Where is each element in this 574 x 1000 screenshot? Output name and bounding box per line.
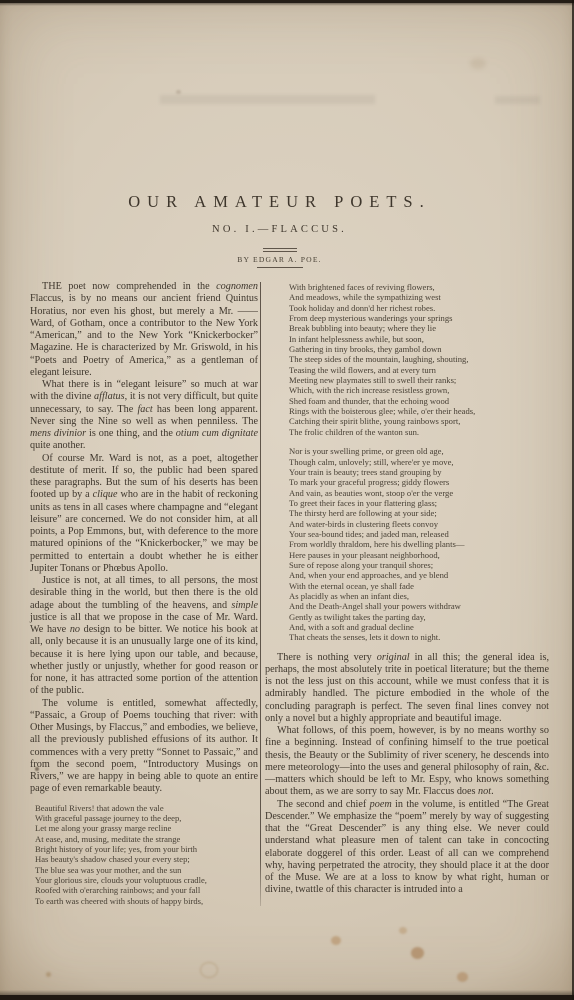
poem-line: At ease, and, musing, meditate the stran… [35, 834, 258, 844]
poem-line: And, with a soft and gradual decline [289, 622, 549, 632]
poem-line: And vain, as beauties wont, stoop o'er t… [289, 488, 549, 498]
paragraph: Justice is not, at all times, to all per… [30, 575, 258, 698]
poem-line: And meadows, while the sympathizing west [289, 292, 549, 302]
paragraph: The second and chief poem in the volume,… [265, 799, 549, 897]
poem-line: Gathering in tiny brooks, they gambol do… [289, 344, 549, 354]
paragraph: Of course Mr. Ward is not, as a poet, al… [30, 453, 258, 576]
byline-rule-top [263, 248, 297, 252]
foxing-stain [411, 947, 424, 959]
poem-line: Gently as twilight takes the parting day… [289, 612, 549, 622]
poem-line: And, when your end approaches, and ye bl… [289, 570, 549, 580]
byline-rule-bottom [257, 267, 303, 268]
poem-line: To mark your graceful progress; giddy fl… [289, 477, 549, 487]
poem-line: Meeting new playmates still to swell the… [289, 375, 549, 385]
poem-line: Break bubbling into beauty; where they l… [289, 323, 549, 333]
ink-showthrough [495, 96, 540, 104]
poem-line: The thirsty herd are following at your s… [289, 508, 549, 518]
poem-line: Your glorious sire, clouds your voluptuo… [35, 875, 258, 885]
poem-line: In infant helplessness awhile, but soon, [289, 334, 549, 344]
poem-line: As placidly as when an infant dies, [289, 591, 549, 601]
poem-line: Sure of repose along your tranquil shore… [289, 560, 549, 570]
poem-line: With graceful passage journey to the dee… [35, 813, 258, 823]
poem-line: Rings with the boisterous glee; while, o… [289, 406, 549, 416]
byline-block: BY EDGAR A. POE. [20, 248, 539, 268]
ink-speck [176, 90, 181, 94]
scan-edge-bottom [0, 995, 574, 1000]
poem-line: Has beauty's shadow chased your every st… [35, 854, 258, 864]
poem-line: The steep sides of the mountain, laughin… [289, 354, 549, 364]
poem-line: To greet their faces in your flattering … [289, 498, 549, 508]
foxing-stain-ring [200, 962, 218, 978]
poem-line: That cheats the senses, lets it down to … [289, 632, 549, 642]
poem-line: Roofed with o'erarching rainbows; and yo… [35, 885, 258, 895]
column-divider-rule [260, 282, 261, 906]
poem-line: From worldly thraldom, here his dwelling… [289, 539, 549, 549]
foxing-stain [399, 927, 407, 934]
foxing-stain [46, 972, 51, 977]
poem-line: Nor is your swelling prime, or green old… [289, 446, 549, 456]
poem-line: Your train is beauty; trees stand groupi… [289, 467, 549, 477]
scan-edge-bottom-shadow [0, 990, 574, 995]
foxing-stain [331, 936, 341, 945]
paragraph: What there is in “elegant leisure” so mu… [30, 379, 258, 453]
poem-line: Catching their spirit blithe, young rain… [289, 416, 549, 426]
two-column-text-block: THE poet now comprehended in the cognome… [30, 281, 549, 906]
foxing-stain [470, 58, 486, 69]
poem-line: And water-birds in clustering fleets con… [289, 519, 549, 529]
right-column-paragraphs: There is nothing very original in all th… [265, 652, 549, 897]
poem-line: With the eternal ocean, ye shall fade [289, 581, 549, 591]
poem-line: Beautiful Rivers! that adown the vale [35, 803, 258, 813]
paragraph: The volume is entitled, somewhat affecte… [30, 698, 258, 796]
poem-line: From deep mysterious wanderings your spr… [289, 313, 549, 323]
poem-line: Bright history of your life; yes, from y… [35, 844, 258, 854]
article-subtitle: NO. I.—FLACCUS. [20, 224, 539, 235]
poem-line: To earth was cheered with shouts of happ… [35, 896, 258, 906]
right-column: With brightened faces of reviving flower… [265, 281, 549, 906]
poem-line: With brightened faces of reviving flower… [289, 282, 549, 292]
scanned-magazine-page: OUR AMATEUR POETS. NO. I.—FLACCUS. BY ED… [0, 0, 574, 1000]
poem-line: Which, with the rich increase resistless… [289, 385, 549, 395]
foxing-stain [457, 972, 468, 982]
quoted-poem-stanza-2: Nor is your swelling prime, or green old… [289, 446, 549, 643]
poem-line: And the Death-Angel shall your powers wi… [289, 601, 549, 611]
scan-edge-top-shadow [0, 3, 574, 6]
poem-line: Your sea-bound tides; and jaded man, rel… [289, 529, 549, 539]
byline: BY EDGAR A. POE. [20, 255, 539, 264]
quoted-poem-stanza-1: With brightened faces of reviving flower… [289, 282, 549, 437]
poem-line: Let me along your grassy marge recline [35, 823, 258, 833]
article-title: OUR AMATEUR POETS. [20, 192, 539, 212]
ink-showthrough [160, 95, 375, 104]
article-header: OUR AMATEUR POETS. NO. I.—FLACCUS. BY ED… [20, 192, 539, 268]
quoted-poem-left: Beautiful Rivers! that adown the valeWit… [35, 803, 258, 906]
poem-line: The frolic children of the wanton sun. [289, 427, 549, 437]
left-column: THE poet now comprehended in the cognome… [30, 281, 258, 906]
poem-line: Here pauses in your pleasant neighborhoo… [289, 550, 549, 560]
paragraph: What follows, of this poem, however, is … [265, 725, 549, 799]
paragraph: THE poet now comprehended in the cognome… [30, 281, 258, 379]
poem-line: Took holiday and donn'd her richest robe… [289, 303, 549, 313]
poem-line: Shed foam and thunder, that the echoing … [289, 396, 549, 406]
poem-line: Teasing the wild flowers, and at every t… [289, 365, 549, 375]
poem-line: The blue sea was your mother, and the su… [35, 865, 258, 875]
left-column-paragraphs: THE poet now comprehended in the cognome… [30, 281, 258, 796]
paragraph: There is nothing very original in all th… [265, 652, 549, 726]
poem-line: Though calm, unlovely; still, where'er y… [289, 457, 549, 467]
